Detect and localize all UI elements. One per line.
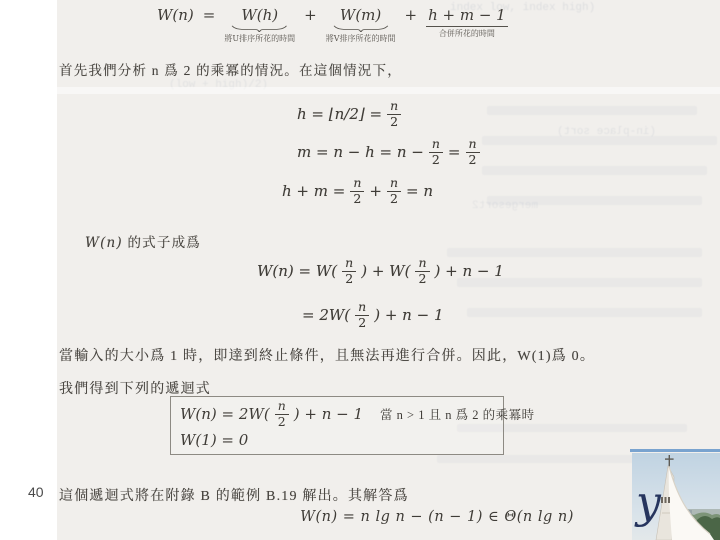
expansion-part3: ) + n − 1 — [435, 262, 504, 280]
fraction-n-2: n2 — [355, 301, 369, 329]
expansion-part1: W(n) = W( — [257, 262, 337, 280]
photo-top-accent-line — [630, 449, 720, 452]
formula-m: m = n − h = n − n2 = n2 — [297, 138, 482, 166]
recurrence-condition: 當 n > 1 且 n 爲 2 的乘冪時 — [380, 405, 535, 423]
numerator: n — [466, 138, 480, 153]
equals-n: = n — [406, 182, 433, 200]
bleedthrough-stripe — [482, 136, 717, 145]
recurrence-part2: ) + n − 1 — [294, 405, 363, 423]
paragraph-appendix-reference: 這個遞迴式將在附錄 B 的範例 B.19 解出。其解答爲 — [59, 485, 409, 505]
expansion-part2: ) + W( — [361, 262, 410, 280]
numerator: n — [429, 138, 443, 153]
numerator: n — [342, 257, 356, 272]
scanned-textbook-page: index low, index high) (low + high)/2) (… — [57, 0, 720, 540]
paragraph-power-of-2: 首先我們分析 n 爲 2 的乘冪的情況。在這個情況下， — [59, 59, 402, 79]
top-decomposition-formula: W(n) = W(h) 將U排序所花的時間 + W(m) 將V排序所花的時間 +… — [157, 6, 508, 44]
term-wh: W(h) — [241, 6, 278, 24]
denominator: 2 — [432, 153, 440, 167]
fraction-n-2: n2 — [387, 177, 401, 205]
wn-expansion-line2: = 2W( n2 ) + n − 1 — [302, 301, 443, 329]
bleedthrough-stripe — [487, 196, 702, 205]
sort-u-term: W(h) 將U排序所花的時間 — [224, 6, 295, 44]
numerator: n — [387, 100, 401, 115]
fraction-n-2: n2 — [429, 138, 443, 166]
denominator: 2 — [345, 272, 353, 286]
recurrence-base-case: W(1) = 0 — [180, 431, 248, 449]
term-h-m-1: h + m − 1 — [426, 6, 508, 27]
recurrence-part1: W(n) = 2W( — [180, 405, 270, 423]
bleedthrough-stripe — [447, 248, 702, 257]
template-script-letter: y — [636, 481, 661, 525]
denominator: 2 — [390, 115, 398, 129]
plus-sign: + — [404, 6, 417, 24]
numerator: n — [355, 301, 369, 316]
sort-u-time-label: 將U排序所花的時間 — [224, 33, 295, 44]
denominator: 2 — [353, 192, 361, 206]
formula-hm-text: h + m = — [282, 182, 345, 200]
intro-text: 的式子成爲 — [123, 235, 201, 250]
denominator: 2 — [358, 316, 366, 330]
denominator: 2 — [469, 153, 477, 167]
recurrence-box: W(n) = 2W( n2 ) + n − 1 當 n > 1 且 n 爲 2 … — [170, 396, 504, 455]
fraction-n-2: n2 — [415, 257, 429, 285]
formula-h: h = ⌊n/2⌋ = n2 — [297, 100, 403, 128]
underbrace-icon — [231, 25, 288, 32]
underbrace-icon — [333, 25, 389, 32]
expansion2-part1: = 2W( — [302, 306, 350, 324]
sort-v-term: W(m) 將V排序所花的時間 — [326, 6, 396, 44]
plus-sign: + — [304, 6, 317, 24]
wn-expression-intro: W(n) 的式子成爲 — [85, 231, 201, 251]
sort-v-time-label: 將V排序所花的時間 — [326, 33, 396, 44]
numerator: n — [415, 257, 429, 272]
denominator: 2 — [390, 192, 398, 206]
bleedthrough-stripe — [482, 166, 707, 175]
paragraph-base-case: 當輸入的大小爲 1 時，即達到終止條件，且無法再進行合併。因此，W(1)爲 0。 — [59, 345, 595, 365]
bleedthrough-stripe — [487, 106, 697, 115]
numerator: n — [275, 400, 289, 415]
merge-time-label: 合併所花的時間 — [439, 28, 495, 39]
numerator: n — [350, 177, 364, 192]
scan-light-band — [57, 87, 720, 94]
page-number: 40 — [28, 484, 44, 500]
wn-symbol: W(n) — [85, 235, 123, 251]
formula-m-text: m = n − h = n − — [297, 143, 424, 161]
numerator: n — [387, 177, 401, 192]
solution-formula: W(n) = n lg n − (n − 1) ∈ Θ(n lg n) — [237, 509, 637, 525]
merge-term: h + m − 1 合併所花的時間 — [426, 6, 508, 39]
formula-h-plus-m: h + m = n2 + n2 = n — [282, 177, 433, 205]
formula-lhs: W(n) — [157, 6, 194, 24]
wn-expansion-line1: W(n) = W( n2 ) + W( n2 ) + n − 1 — [257, 257, 504, 285]
fraction-n-2: n2 — [275, 400, 289, 428]
plus-sign: + — [369, 182, 382, 200]
denominator: 2 — [278, 415, 286, 429]
slide: index low, index high) (low + high)/2) (… — [0, 0, 720, 540]
paragraph-recurrence-intro: 我們得到下列的遞迴式 — [59, 378, 211, 398]
bleedthrough-stripe — [467, 308, 702, 317]
equals-sign: = — [203, 6, 216, 24]
denominator: 2 — [419, 272, 427, 286]
recurrence-line1: W(n) = 2W( n2 ) + n − 1 當 n > 1 且 n 爲 2 … — [180, 400, 535, 428]
left-margin — [0, 0, 57, 540]
fraction-n-2: n2 — [342, 257, 356, 285]
fraction-n-2: n2 — [387, 100, 401, 128]
term-wm: W(m) — [340, 6, 381, 24]
fraction-n-2: n2 — [466, 138, 480, 166]
equals-sign: = — [448, 143, 461, 161]
formula-h-text: h = ⌊n/2⌋ = — [297, 105, 382, 123]
expansion2-part2: ) + n − 1 — [374, 306, 443, 324]
fraction-n-2: n2 — [350, 177, 364, 205]
